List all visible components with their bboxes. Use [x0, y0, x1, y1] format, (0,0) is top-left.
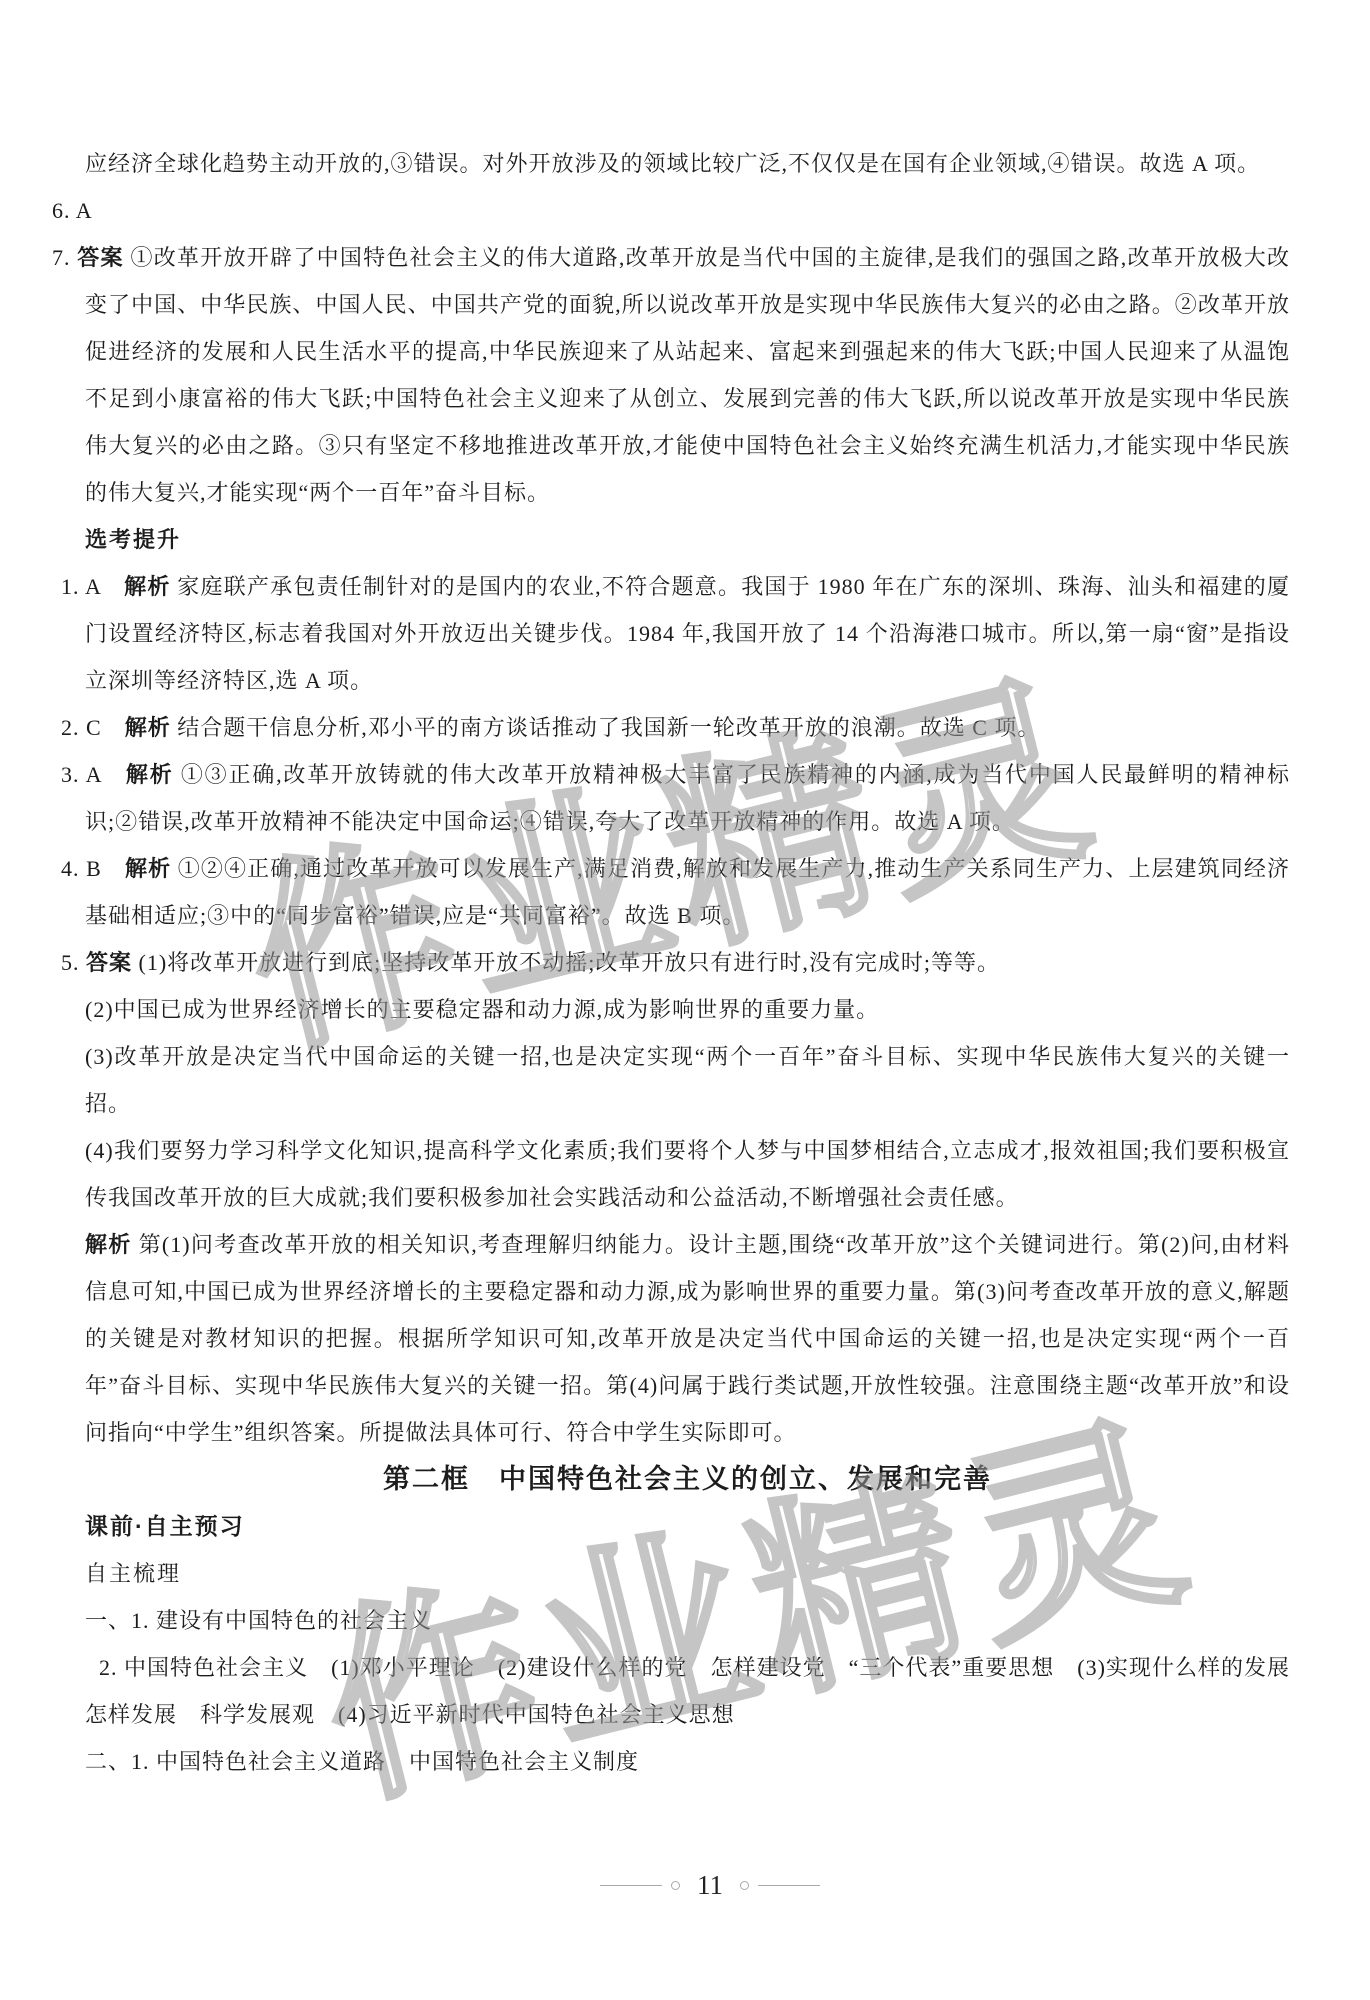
text-run: 7. [52, 245, 77, 270]
page-number: 11 [689, 1872, 731, 1899]
answer-6: 6. A [85, 187, 1290, 234]
text-run: 2. C [61, 715, 125, 740]
analysis-2: 2. C 解析 结合题干信息分析,邓小平的南方谈话推动了我国新一轮改革开放的浪潮… [85, 704, 1290, 751]
analysis-3: 3. A 解析 ①③正确,改革开放铸就的伟大改革开放精神极大丰富了民族精神的内涵… [85, 751, 1290, 845]
text-run: 家庭联产承包责任制针对的是国内的农业,不符合题意。我国于 1980 年在广东的深… [85, 574, 1290, 693]
footer-ring-left [671, 1881, 680, 1890]
text-run: 1. A [61, 574, 124, 599]
text-run: 4. B [61, 856, 125, 881]
text-run: 应经济全球化趋势主动开放的,③错误。对外开放涉及的领域比较广泛,不仅仅是在国有企… [85, 151, 1260, 176]
analysis-4: 4. B 解析 ①②④正确,通过改革开放可以发展生产,满足消费,解放和发展生产力… [85, 845, 1290, 939]
text-run: 二、1. 中国特色社会主义道路 中国特色社会主义制度 [85, 1749, 639, 1774]
text-run: ①改革开放开辟了中国特色社会主义的伟大道路,改革开放是当代中国的主旋律,是我们的… [85, 245, 1290, 505]
bold-label: 答案 [77, 245, 124, 270]
footer-rule-right [758, 1885, 820, 1886]
section-heading-keqian: 课前·自主预习 [85, 1503, 1290, 1550]
section-heading-zizhushuli: 自主梳理 [85, 1550, 1290, 1597]
analysis-1: 1. A 解析 家庭联产承包责任制针对的是国内的农业,不符合题意。我国于 198… [85, 563, 1290, 704]
bold-label: 解析 [125, 856, 171, 881]
text-run: (4)我们要努力学习科学文化知识,提高科学文化素质;我们要将个人梦与中国梦相结合… [85, 1138, 1290, 1210]
footer-rule-left [600, 1885, 662, 1886]
lesson-title: 第二框 中国特色社会主义的创立、发展和完善 [85, 1456, 1290, 1503]
text-run: 一、1. 建设有中国特色的社会主义 [85, 1608, 432, 1633]
text-run: ①②④正确,通过改革开放可以发展生产,满足消费,解放和发展生产力,推动生产关系同… [85, 856, 1290, 928]
outline-item-3: 二、1. 中国特色社会主义道路 中国特色社会主义制度 [85, 1738, 1290, 1785]
answer-7: 7. 答案 ①改革开放开辟了中国特色社会主义的伟大道路,改革开放是当代中国的主旋… [85, 234, 1290, 516]
answer-5-part-3: (3)改革开放是决定当代中国命运的关键一招,也是决定实现“两个一百年”奋斗目标、… [85, 1033, 1290, 1127]
text-run: 课前·自主预习 [85, 1513, 245, 1539]
bold-label: 解析 [85, 1232, 132, 1257]
footer-ring-right [740, 1881, 749, 1890]
bold-label: 解析 [126, 762, 174, 787]
outline-item-1: 一、1. 建设有中国特色的社会主义 [85, 1597, 1290, 1644]
continuation-paragraph-5: 应经济全球化趋势主动开放的,③错误。对外开放涉及的领域比较广泛,不仅仅是在国有企… [85, 140, 1290, 187]
outline-item-2: 2. 中国特色社会主义 (1)邓小平理论 (2)建设什么样的党 怎样建设党 “三… [85, 1644, 1290, 1738]
text-run: 第(1)问考查改革开放的相关知识,考查理解归纳能力。设计主题,围绕“改革开放”这… [85, 1232, 1290, 1445]
answer-5-part-4: (4)我们要努力学习科学文化知识,提高科学文化素质;我们要将个人梦与中国梦相结合… [85, 1127, 1290, 1221]
analysis-5: 解析 第(1)问考查改革开放的相关知识,考查理解归纳能力。设计主题,围绕“改革开… [85, 1221, 1290, 1456]
text-run: 3. A [61, 762, 126, 787]
text-run: ①③正确,改革开放铸就的伟大改革开放精神极大丰富了民族精神的内涵,成为当代中国人… [85, 762, 1290, 834]
text-run: 5. [61, 950, 86, 975]
answer-5: 5. 答案 (1)将改革开放进行到底;坚持改革开放不动摇;改革开放只有进行时,没… [85, 939, 1290, 986]
bold-label: 答案 [86, 950, 132, 975]
page-footer: 11 [600, 1872, 820, 1899]
answer-5-part-2: (2)中国已成为世界经济增长的主要稳定器和动力源,成为影响世界的重要力量。 [85, 986, 1290, 1033]
workbook-answer-page: 作业精灵 作业精灵 应经济全球化趋势主动开放的,③错误。对外开放涉及的领域比较广… [0, 0, 1370, 2000]
answer-content: 应经济全球化趋势主动开放的,③错误。对外开放涉及的领域比较广泛,不仅仅是在国有企… [85, 140, 1290, 1785]
text-run: 自主梳理 [85, 1561, 181, 1586]
section-heading-xuankao: 选考提升 [85, 516, 1290, 563]
text-run: (3)改革开放是决定当代中国命运的关键一招,也是决定实现“两个一百年”奋斗目标、… [85, 1044, 1290, 1116]
bold-label: 解析 [124, 574, 170, 599]
text-run: 第二框 中国特色社会主义的创立、发展和完善 [383, 1464, 992, 1494]
text-run: 结合题干信息分析,邓小平的南方谈话推动了我国新一轮改革开放的浪潮。故选 C 项。 [171, 715, 1041, 740]
bold-label: 解析 [125, 715, 171, 740]
text-run: 2. 中国特色社会主义 (1)邓小平理论 (2)建设什么样的党 怎样建设党 “三… [85, 1655, 1313, 1727]
text-run: (2)中国已成为世界经济增长的主要稳定器和动力源,成为影响世界的重要力量。 [85, 997, 879, 1022]
text-run: 选考提升 [85, 527, 181, 552]
text-run: (1)将改革开放进行到底;坚持改革开放不动摇;改革开放只有进行时,没有完成时;等… [132, 950, 1000, 975]
text-run: 6. A [52, 198, 93, 223]
